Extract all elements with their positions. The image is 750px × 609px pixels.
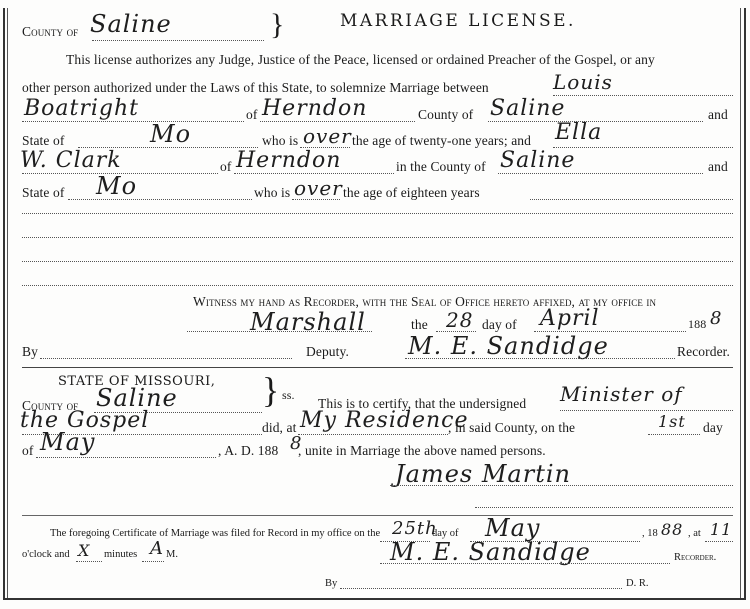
certificate-month-line — [36, 457, 216, 458]
groom-state: Mo — [150, 120, 191, 148]
filing-hour-line — [705, 541, 733, 542]
certificate-brace: } — [262, 372, 279, 408]
groom-county: Saline — [490, 96, 565, 121]
groom-first-name-line — [553, 95, 733, 96]
border-left — [3, 8, 5, 600]
filing-divider — [22, 515, 733, 516]
border-right — [744, 8, 746, 600]
blank-line-1 — [22, 213, 733, 214]
certificate-place-line — [298, 434, 448, 435]
certificate-place: My Residence — [300, 408, 468, 433]
filing-year-suffix: 88 — [661, 520, 683, 539]
groom-age-text: the age of twenty-one years; and — [352, 133, 531, 149]
certificate-day: 1st — [658, 412, 686, 431]
blank-line-2 — [22, 237, 733, 238]
border-left-inner — [7, 8, 8, 600]
groom-last-name: Boatright — [24, 96, 139, 121]
bride-first-name-line — [553, 147, 733, 148]
filing-recorder-line — [380, 563, 670, 564]
m-label: M. — [166, 549, 178, 560]
groom-town-line — [260, 121, 415, 122]
who-is-label-2: who is — [254, 185, 290, 201]
day-label: day — [703, 420, 723, 436]
bride-age-text-line — [530, 199, 733, 200]
state-of-label-2: State of — [22, 185, 64, 201]
day-of-label: day of — [482, 317, 517, 333]
county-field-line — [92, 40, 264, 41]
witness-year-suffix: 8 — [710, 308, 722, 329]
filing-meridiem: A — [150, 538, 164, 559]
border-bottom — [3, 598, 746, 600]
in-said-county-label: , in said County, on the — [448, 420, 575, 436]
bride-age-status: over — [294, 176, 343, 200]
recorder-label: Recorder. — [677, 344, 730, 360]
filing-hour: 11 — [710, 520, 732, 539]
filing-meridiem-line — [142, 561, 164, 562]
bride-age-status-line — [292, 199, 340, 200]
groom-age-status: over — [303, 124, 352, 148]
license-line-2: other person authorized under the Laws o… — [22, 80, 489, 96]
filing-year-prefix: , 18 — [642, 528, 658, 539]
license-line-1: This license authorizes any Judge, Justi… — [66, 52, 655, 68]
oclock-label: o'clock and — [22, 549, 70, 560]
officiant-signature-line — [390, 485, 733, 486]
document-title: MARRIAGE LICENSE. — [340, 11, 576, 31]
witness-day: 28 — [446, 308, 473, 332]
filing-by-label: By — [325, 578, 337, 589]
officiant-signature-line-2 — [475, 507, 733, 508]
certificate-day-line — [648, 434, 700, 435]
groom-first-name: Louis — [553, 70, 613, 94]
deputy-line — [40, 358, 292, 359]
and-label-2: and — [708, 159, 728, 175]
officiant-signature: James Martin — [395, 460, 571, 488]
of-label: of — [246, 107, 257, 123]
bride-state: Mo — [96, 172, 137, 200]
dr-label: D. R. — [626, 578, 648, 589]
who-is-label-1: who is — [262, 133, 298, 149]
ad-label: , A. D. 188 — [218, 443, 278, 459]
witness-month: April — [540, 306, 600, 331]
filing-by-line — [340, 588, 622, 589]
the-label: the — [411, 317, 428, 333]
groom-town: Herndon — [262, 96, 367, 121]
filing-text: The foregoing Certificate of Marriage wa… — [50, 528, 380, 539]
recorder-signature: M. E. Sandidge — [408, 332, 609, 360]
section-divider — [22, 367, 733, 368]
county-of-label: County of — [418, 107, 473, 123]
county-value: Saline — [90, 10, 172, 38]
officiant-title-1: Minister of — [560, 382, 683, 406]
bride-state-line — [68, 199, 252, 200]
filing-recorder-label: Recorder. — [674, 552, 716, 563]
bride-town-line — [234, 173, 394, 174]
bride-county: Saline — [500, 148, 575, 173]
unite-text: , unite in Marriage the above named pers… — [298, 443, 546, 459]
blank-line-3 — [22, 261, 733, 262]
recorder-line — [405, 358, 675, 359]
filing-minutes-line — [76, 561, 102, 562]
blank-line-4 — [22, 285, 733, 286]
bride-age-text: the age of eighteen years — [343, 185, 480, 201]
ss-label: ss. — [282, 388, 295, 403]
bride-last-name: W. Clark — [20, 148, 122, 173]
in-county-of-label: in the County of — [396, 159, 486, 175]
county-label: County of — [22, 24, 78, 40]
filing-minutes: X — [78, 541, 90, 560]
groom-last-name-line — [22, 121, 244, 122]
header-brace: } — [270, 10, 284, 40]
deputy-label: Deputy. — [306, 344, 349, 360]
by-label: By — [22, 344, 38, 360]
filing-recorder-signature: M. E. Sandidge — [390, 538, 591, 566]
of-label-2: of — [220, 159, 231, 175]
border-right-inner — [740, 8, 741, 600]
state-of-label-1: State of — [22, 133, 64, 149]
marriage-license-document: County of Saline } MARRIAGE LICENSE. Thi… — [0, 0, 750, 609]
bride-county-line — [498, 173, 703, 174]
certificate-of-label: of — [22, 443, 33, 459]
filing-at-label: , at — [688, 528, 701, 539]
witness-year-prefix: 188 — [688, 317, 706, 332]
bride-town: Herndon — [236, 148, 341, 173]
officiant-title-line — [560, 410, 733, 411]
bride-first-name: Ella — [555, 120, 602, 145]
and-label-1: and — [708, 107, 728, 123]
certificate-month: May — [40, 428, 95, 456]
filing-day: 25th — [392, 518, 438, 539]
witness-place-line — [187, 331, 372, 332]
minutes-label: minutes — [104, 549, 137, 560]
